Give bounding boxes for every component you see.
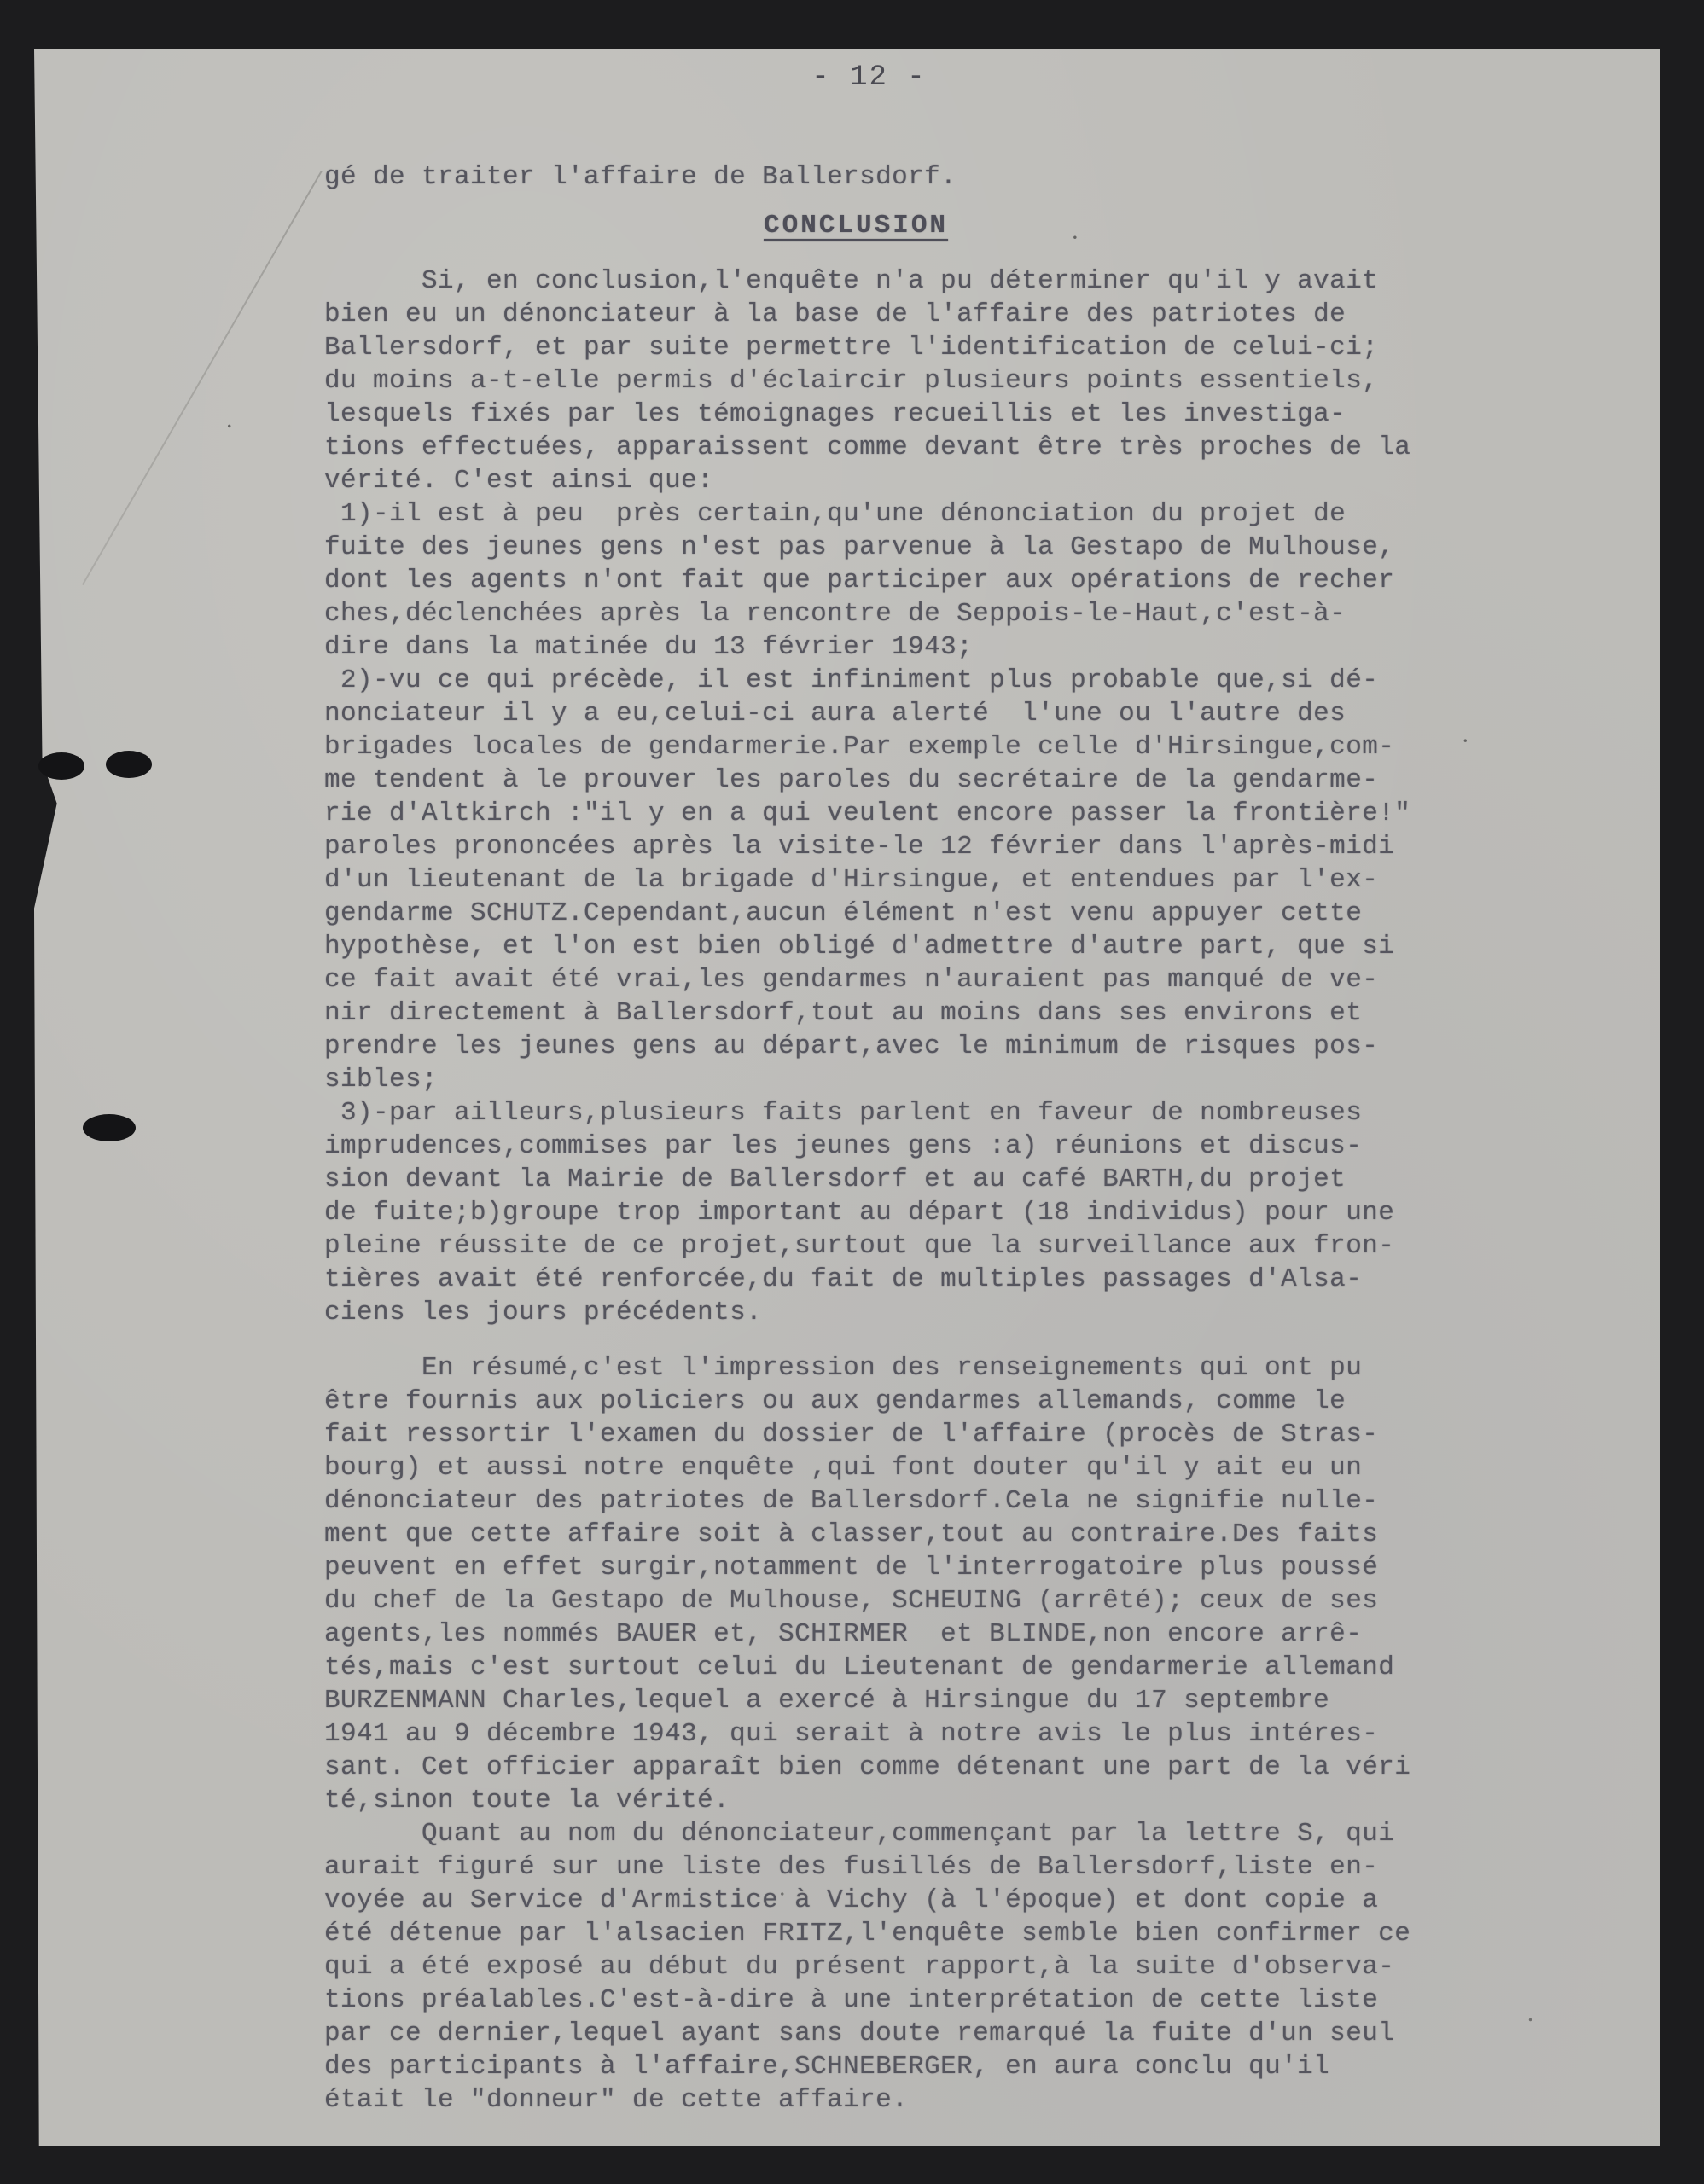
- text-line: agents,les nommés BAUER et, SCHIRMER et …: [324, 1618, 1655, 1651]
- text-line: hypothèse, et l'on est bien obligé d'adm…: [324, 930, 1655, 963]
- text-line: Ballersdorf, et par suite permettre l'id…: [324, 331, 1655, 364]
- punch-hole-3: [83, 1114, 136, 1141]
- paragraph-intro: Si, en conclusion,l'enquête n'a pu déter…: [324, 264, 1655, 497]
- text-line: été détenue par l'alsacien FRITZ,l'enquê…: [324, 1917, 1655, 1950]
- text-line: fait ressortir l'examen du dossier de l'…: [324, 1418, 1655, 1451]
- text-line: voyée au Service d'Armistice à Vichy (à …: [324, 1884, 1655, 1917]
- text-line: peuvent en effet surgir,notamment de l'i…: [324, 1551, 1655, 1584]
- text-line: dont les agents n'ont fait que participe…: [324, 564, 1655, 597]
- text-line: nonciateur il y a eu,celui-ci aura alert…: [324, 697, 1655, 730]
- text-line: ment que cette affaire soit à classer,to…: [324, 1518, 1655, 1551]
- text-line: 1)-il est à peu près certain,qu'une déno…: [324, 497, 1655, 531]
- text-line: gendarme SCHUTZ.Cependant,aucun élément …: [324, 897, 1655, 930]
- punch-hole-2: [106, 751, 152, 778]
- text-line: lesquels fixés par les témoignages recue…: [324, 398, 1655, 431]
- text-line: BURZENMANN Charles,lequel a exercé à Hir…: [324, 1684, 1655, 1717]
- text-line: ciens les jours précédents.: [324, 1296, 1655, 1329]
- text-line: des participants à l'affaire,SCHNEBERGER…: [324, 2050, 1655, 2083]
- text-line: 2)-vu ce qui précède, il est infiniment …: [324, 664, 1655, 697]
- section-title: CONCLUSION: [324, 209, 1655, 242]
- text-line: du chef de la Gestapo de Mulhouse, SCHEU…: [324, 1584, 1655, 1618]
- text-line: dénonciateur des patriotes de Ballersdor…: [324, 1484, 1655, 1518]
- text-line: En résumé,c'est l'impression des renseig…: [324, 1351, 1655, 1385]
- text-line: bourg) et aussi notre enquête ,qui font …: [324, 1451, 1655, 1484]
- text-line: aurait figuré sur une liste des fusillés…: [324, 1850, 1655, 1884]
- document-body: gé de traiter l'affaire de Ballersdorf. …: [324, 160, 1655, 2117]
- text-line: tions préalables.C'est-à-dire à une inte…: [324, 1984, 1655, 2017]
- paragraph-point-3: 3)-par ailleurs,plusieurs faits parlent …: [324, 1096, 1655, 1329]
- text-line: Si, en conclusion,l'enquête n'a pu déter…: [324, 264, 1655, 298]
- text-line: prendre les jeunes gens au départ,avec l…: [324, 1030, 1655, 1063]
- text-line: Quant au nom du dénonciateur,commençant …: [324, 1817, 1655, 1850]
- text-line: me tendent à le prouver les paroles du s…: [324, 764, 1655, 797]
- opening-line: gé de traiter l'affaire de Ballersdorf.: [324, 160, 1655, 194]
- text-line: fuite des jeunes gens n'est pas parvenue…: [324, 531, 1655, 564]
- text-line: était le "donneur" de cette affaire.: [324, 2083, 1655, 2117]
- text-line: vérité. C'est ainsi que:: [324, 464, 1655, 497]
- text-line: sion devant la Mairie de Ballersdorf et …: [324, 1163, 1655, 1196]
- paragraph-point-2: 2)-vu ce qui précède, il est infiniment …: [324, 664, 1655, 1096]
- text-line: sibles;: [324, 1063, 1655, 1096]
- text-line: tières avait été renforcée,du fait de mu…: [324, 1263, 1655, 1296]
- text-line: par ce dernier,lequel ayant sans doute r…: [324, 2017, 1655, 2050]
- text-line: 1941 au 9 décembre 1943, qui serait à no…: [324, 1717, 1655, 1751]
- text-line: sant. Cet officier apparaît bien comme d…: [324, 1751, 1655, 1784]
- text-line: ches,déclenchées après la rencontre de S…: [324, 597, 1655, 630]
- text-line: ce fait avait été vrai,les gendarmes n'a…: [324, 963, 1655, 996]
- text-line: rie d'Altkirch :"il y en a qui veulent e…: [324, 797, 1655, 830]
- text-line: de fuite;b)groupe trop important au dépa…: [324, 1196, 1655, 1229]
- text-line: paroles prononcées après la visite-le 12…: [324, 830, 1655, 863]
- paragraph-summary: En résumé,c'est l'impression des renseig…: [324, 1351, 1655, 1817]
- text-line: nir directement à Ballersdorf,tout au mo…: [324, 996, 1655, 1030]
- paragraph-denunciator-name: Quant au nom du dénonciateur,commençant …: [324, 1817, 1655, 2117]
- punch-hole-1: [38, 752, 84, 780]
- paragraph-point-1: 1)-il est à peu près certain,qu'une déno…: [324, 497, 1655, 664]
- scanner-background: - 12 - gé de traiter l'affaire de Baller…: [0, 0, 1704, 2184]
- text-line: 3)-par ailleurs,plusieurs faits parlent …: [324, 1096, 1655, 1130]
- text-line: brigades locales de gendarmerie.Par exem…: [324, 730, 1655, 764]
- text-line: tés,mais c'est surtout celui du Lieutena…: [324, 1651, 1655, 1684]
- text-line: pleine réussite de ce projet,surtout que…: [324, 1229, 1655, 1263]
- text-line: tions effectuées, apparaissent comme dev…: [324, 431, 1655, 464]
- text-line: bien eu un dénonciateur à la base de l'a…: [324, 298, 1655, 331]
- text-line: d'un lieutenant de la brigade d'Hirsingu…: [324, 863, 1655, 897]
- text-line: être fournis aux policiers ou aux gendar…: [324, 1385, 1655, 1418]
- text-line: dire dans la matinée du 13 février 1943;: [324, 630, 1655, 664]
- text-line: imprudences,commises par les jeunes gens…: [324, 1130, 1655, 1163]
- text-line: du moins a-t-elle permis d'éclaircir plu…: [324, 364, 1655, 398]
- text-line: qui a été exposé au début du présent rap…: [324, 1950, 1655, 1984]
- paragraph-spacer: [324, 1329, 1655, 1351]
- text-line: té,sinon toute la vérité.: [324, 1784, 1655, 1817]
- page-number: - 12 -: [0, 61, 1704, 94]
